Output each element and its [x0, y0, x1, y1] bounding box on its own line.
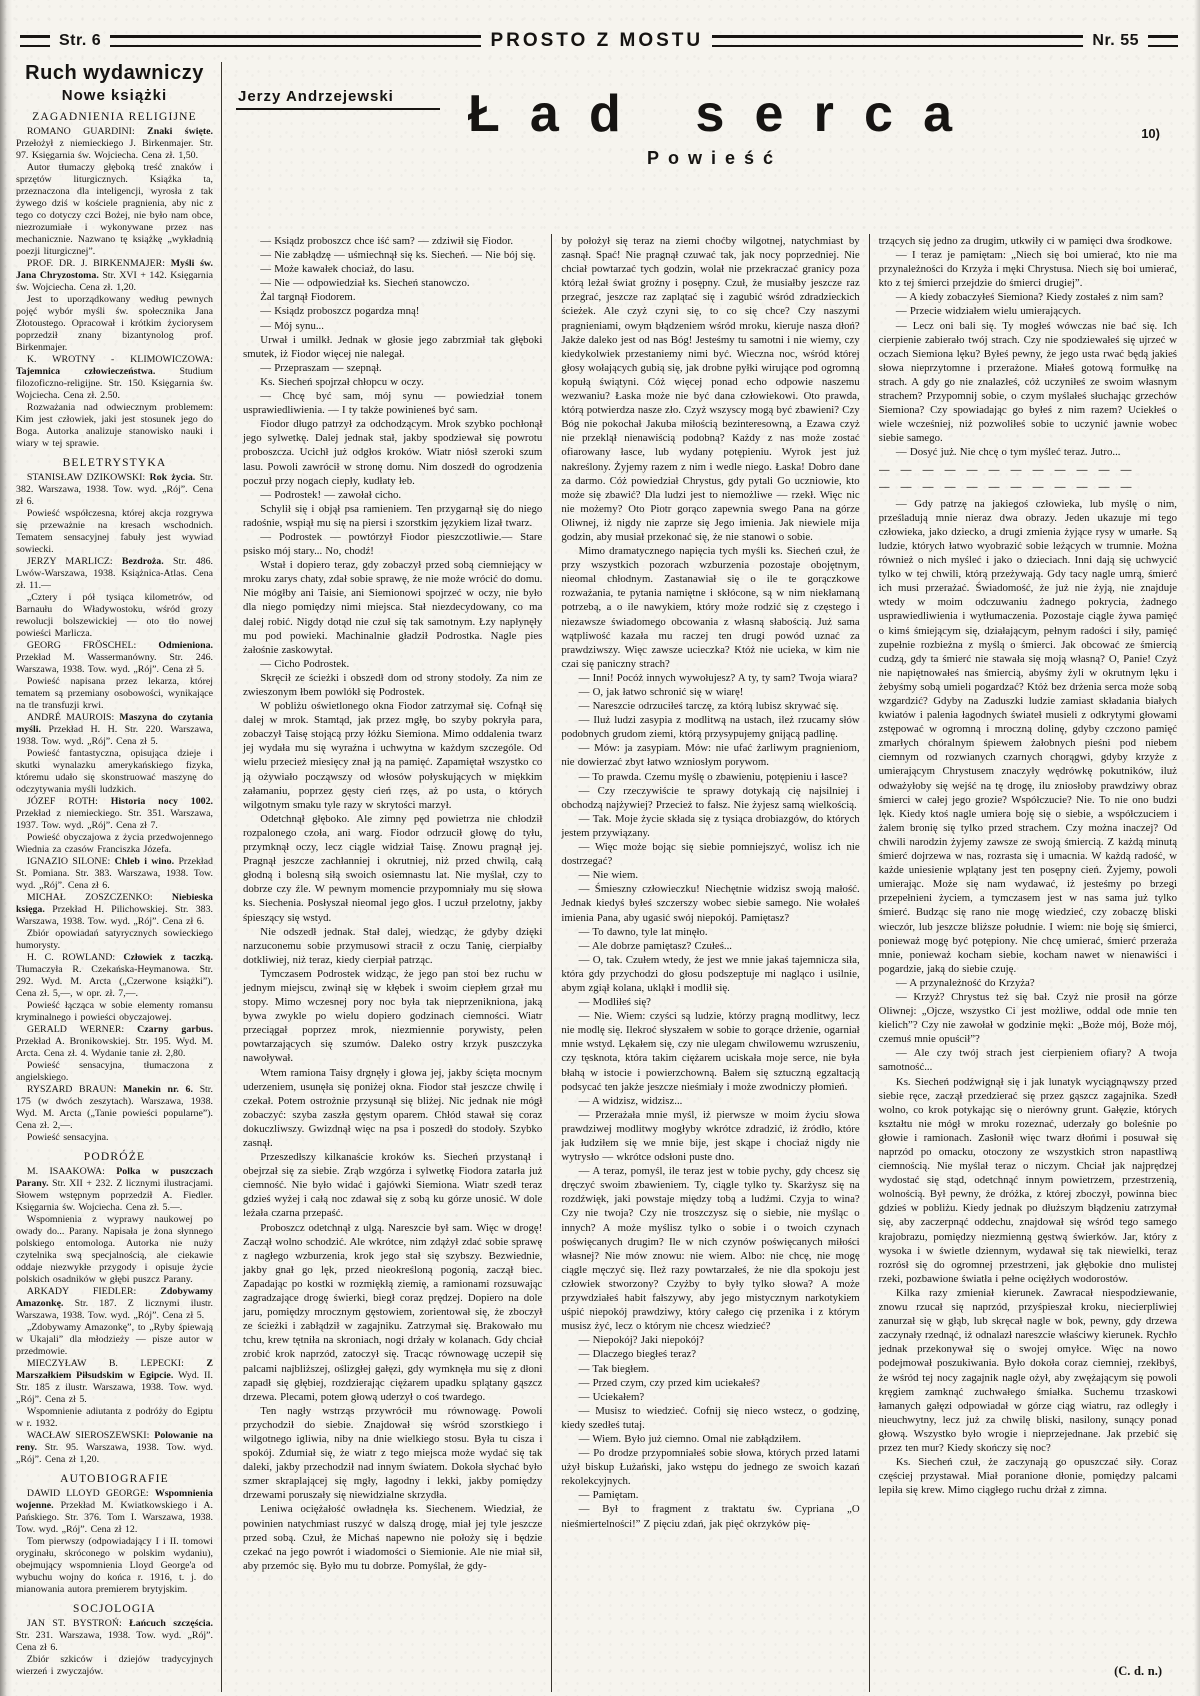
novel-paragraph: — Po drodze przypomniałeś sobie słowa, k… — [561, 1446, 859, 1488]
novel-column-3: trzących się jedno za drugim, utkwiły ci… — [869, 234, 1186, 1692]
novel-paragraph: by położył się teraz na ziemi choćby wil… — [561, 234, 859, 544]
novel-header: Jerzy Andrzejewski 10) Ład serca Powieść — [234, 88, 1186, 234]
page-number: Str. 6 — [59, 32, 101, 50]
novel-paragraph: Nie odszedł jednak. Stał dalej, wiedząc,… — [243, 925, 542, 967]
novel-paragraph: Ten nagły wstrząs przywrócił mu równowag… — [243, 1404, 542, 1503]
novel-paragraph: Fiodor długo patrzył za odchodzącym. Mro… — [243, 417, 542, 487]
novel-paragraph: — Dosyć już. Nie chcę o tym myśleć teraz… — [879, 445, 1177, 459]
book-entry: IGNAZIO SILONE: Chleb i wino. Przekład S… — [16, 856, 213, 892]
book-entry: DAWID LLOYD GEORGE: Wspomnienia wojenne.… — [16, 1488, 213, 1536]
book-section-heading: AUTOBIOGRAFIE — [16, 1473, 213, 1485]
novel-paragraph: Przeszedłszy kilkanaście kroków ks. Siec… — [243, 1150, 542, 1220]
novel-section: Jerzy Andrzejewski 10) Ład serca Powieść… — [234, 62, 1186, 1692]
novel-paragraph: — Ale dobrze pamiętasz? Czułeś... — [561, 939, 859, 953]
novel-paragraph: — Tak biegłem. — [561, 1362, 859, 1376]
novel-paragraph: — Śmieszny człowieczku! Niechętnie widzi… — [561, 882, 859, 924]
page-content: Ruch wydawniczy Nowe książki ZAGADNIENIA… — [16, 62, 1186, 1692]
novel-paragraph: trzących się jedno za drugim, utkwiły ci… — [879, 234, 1177, 248]
book-entry-note: Rozważania nad odwiecznym problemem: Kim… — [16, 402, 213, 450]
book-entry: ARKADY FIEDLER: Zdobywamy Amazonkę. Str.… — [16, 1286, 213, 1322]
novel-paragraph: — A teraz, pomyśl, ile teraz jest w tobi… — [561, 1164, 859, 1333]
novel-paragraph: — O, jak łatwo schronić się w wiarę! — [561, 685, 859, 699]
issue-number: Nr. 55 — [1092, 32, 1139, 50]
book-entry-note: Autor tłumaczy głęboką treść znaków i sp… — [16, 162, 213, 258]
novel-column-1: — Ksiądz proboszcz chce iść sam? — zdziw… — [234, 234, 551, 1692]
novel-paragraph: — Nie wiem. — [561, 868, 859, 882]
novel-paragraph: — Cicho Podrostek. — [243, 657, 542, 671]
novel-paragraph: — Wiem. Było już ciemno. Omal nie zabłąd… — [561, 1432, 859, 1446]
masthead-rule — [712, 35, 1083, 47]
novel-paragraph: — Więc może bojąc się siebie pomniejszyć… — [561, 840, 859, 868]
book-entry: ANDRÉ MAUROIS: Maszyna do czytania myśli… — [16, 712, 213, 748]
book-entry-note: Powieść łącząca w sobie elementy romansu… — [16, 1000, 213, 1024]
novel-paragraph: Ks. Siecheń spojrzał chłopcu w oczy. — [243, 375, 542, 389]
masthead: Str. 6 PROSTO Z MOSTU Nr. 55 — [0, 0, 1200, 56]
book-entry-note: Wspomnienie adiutanta z podróży do Egipt… — [16, 1406, 213, 1430]
novel-column-2: by położył się teraz na ziemi choćby wil… — [551, 234, 868, 1692]
book-entry-note: Wspomnienia z wyprawy naukowej po owady … — [16, 1214, 213, 1286]
novel-columns: — Ksiądz proboszcz chce iść sam? — zdziw… — [234, 234, 1186, 1692]
novel-subtitle: Powieść — [234, 148, 1186, 169]
novel-paragraph: — Niepokój? Jaki niepokój? — [561, 1333, 859, 1347]
novel-paragraph: — O, tak. Czułem wtedy, że jest we mnie … — [561, 953, 859, 995]
book-entry-note: „Cztery i pół tysiąca kilometrów, od Bar… — [16, 592, 213, 640]
book-entry: RYSZARD BRAUN: Manekin nr. 6. Str. 175 (… — [16, 1084, 213, 1132]
novel-paragraph: — Dlaczego biegłeś teraz? — [561, 1347, 859, 1361]
novel-paragraph: — Przepraszam — szepnął. — [243, 361, 542, 375]
novel-paragraph: — Mów: ja zasypiam. Mów: nie ufać żarliw… — [561, 741, 859, 769]
book-entry-note: Zbiór opowiadań satyrycznych sowieckiego… — [16, 928, 213, 952]
book-section-heading: SOCJOLOGIA — [16, 1603, 213, 1615]
novel-paragraph: — Inni! Pocóż innych wywołujesz? A ty, t… — [561, 671, 859, 685]
book-entry-note: Powieść sensacyjna, tłumaczona z angiels… — [16, 1060, 213, 1084]
novel-paragraph: — Tak. Moje życie składa się z tysiąca d… — [561, 812, 859, 840]
novel-paragraph: — Czy rzeczywiście te sprawy dotykają ci… — [561, 784, 859, 812]
dash-separator: — — — — — — — — — — — — — [879, 480, 1177, 494]
book-entry: JÓZEF ROTH: Historia nocy 1002. Przekład… — [16, 796, 213, 832]
novel-paragraph: — Nie — odpowiedział ks. Siecheń stanowc… — [243, 276, 542, 290]
book-entry: ROMANO GUARDINI: Znaki święte. Przełożył… — [16, 126, 213, 162]
novel-paragraph: Urwał i umilkł. Jednak w głosie jego zab… — [243, 333, 542, 361]
novel-paragraph: — Był to fragment z traktatu św. Cyprian… — [561, 1502, 859, 1530]
book-section-heading: PODRÓŻE — [16, 1151, 213, 1163]
novel-paragraph: Ks. Siecheń podźwignął się i jak lunatyk… — [879, 1075, 1177, 1286]
novel-paragraph: Kilka razy zmieniał kierunek. Zawracał n… — [879, 1286, 1177, 1455]
dash-separator: — — — — — — — — — — — — — [879, 463, 1177, 477]
book-entry-note: Powieść współczesna, której akcja rozgry… — [16, 508, 213, 556]
novel-paragraph: — Musisz to wiedzieć. Cofnij się nieco w… — [561, 1404, 859, 1432]
book-entry-note: Powieść fantastyczna, opisująca dzieje i… — [16, 748, 213, 796]
novel-paragraph: — Podrostek! — zawołał cicho. — [243, 488, 542, 502]
novel-paragraph: — Mój synu... — [243, 319, 542, 333]
novel-paragraph: Wtem ramiona Taisy drgnęły i głowa jej, … — [243, 1066, 542, 1151]
book-entry: MICHAŁ ZOSZCZENKO: Niebieska księga. Prz… — [16, 892, 213, 928]
novel-paragraph: — Ale czy twój strach jest cierpieniem o… — [879, 1046, 1177, 1074]
novel-paragraph: — Może kawałek chociaż, do lasu. — [243, 262, 542, 276]
novel-paragraph: Schylił się i objął psa ramieniem. Ten p… — [243, 502, 542, 530]
book-entry-note: Jest to uporządkowany według pewnych poj… — [16, 294, 213, 354]
newspaper-title: PROSTO Z MOSTU — [490, 30, 703, 52]
masthead-rule-right — [1148, 35, 1178, 47]
book-entry-note: Zbiór szkiców i dziejów tradycyjnych wie… — [16, 1654, 213, 1678]
book-entry: PROF. DR. J. BIRKENMAJER: Myśli św. Jana… — [16, 258, 213, 294]
novel-paragraph: Ks. Siecheń czuł, że zaczynają go opuszc… — [879, 1455, 1177, 1497]
novel-paragraph: Mimo dramatycznego napięcia tych myśli k… — [561, 544, 859, 671]
book-entry: STANISŁAW DZIKOWSKI: Rok życia. Str. 382… — [16, 472, 213, 508]
novel-paragraph: — Nie. Wiem: czyści są ludzie, którzy pr… — [561, 1009, 859, 1094]
novel-paragraph: — Przed czym, czy przed kim uciekałeś? — [561, 1376, 859, 1390]
novel-paragraph: — Pamiętam. — [561, 1488, 859, 1502]
newspaper-page: Str. 6 PROSTO Z MOSTU Nr. 55 Ruch wydawn… — [0, 0, 1200, 1696]
novel-paragraph: — Lecz oni bali się. Ty mogłeś wówczas n… — [879, 319, 1177, 446]
continuation-marker: (C. d. n.) — [1114, 1664, 1162, 1678]
books-sections: ZAGADNIENIA RELIGIJNEROMANO GUARDINI: Zn… — [16, 111, 213, 1678]
books-subheading: Nowe książki — [16, 87, 213, 104]
novel-paragraph: Żal targnął Fiodorem. — [243, 290, 542, 304]
novel-paragraph: — To dawno, tyle lat minęło. — [561, 925, 859, 939]
masthead-rule — [110, 35, 481, 47]
book-entry: GERALD WERNER: Czarny garbus. Przekład A… — [16, 1024, 213, 1060]
book-entry-note: Powieść sensacyjna. — [16, 1132, 213, 1144]
novel-paragraph: — Przerażała mnie myśl, iż pierwsze w mo… — [561, 1108, 859, 1164]
novel-paragraph: — Przecie widziałem wielu umierających. — [879, 304, 1177, 318]
novel-paragraph: — Ksiądz proboszcz pogardza mną! — [243, 304, 542, 318]
novel-paragraph: Wstał i dopiero teraz, gdy zobaczył prze… — [243, 558, 542, 657]
novel-paragraph: — Chcę być sam, mój synu — powiedział to… — [243, 389, 542, 417]
novel-paragraph: Leniwa ociężałość owładnęła ks. Siechene… — [243, 1502, 542, 1572]
book-entry: WACŁAW SIEROSZEWSKI: Polowanie na reny. … — [16, 1430, 213, 1466]
book-entry: M. ISAAKOWA: Polka w puszczach Parany. S… — [16, 1166, 213, 1214]
books-heading: Ruch wydawniczy — [16, 62, 213, 85]
book-entry-note: Tom pierwszy (odpowiadający I i II. tomo… — [16, 1536, 213, 1596]
book-entry: JAN ST. BYSTROŃ: Łańcuch szczęścia. Str.… — [16, 1618, 213, 1654]
book-entry: H. C. ROWLAND: Człowiek z taczką. Tłumac… — [16, 952, 213, 1000]
book-entry: JERZY MARLICZ: Bezdroża. Str. 486. Lwów-… — [16, 556, 213, 592]
book-entry-note: Powieść obyczajowa z życia przedwojenneg… — [16, 832, 213, 856]
novel-paragraph: — Krzyż? Chrystus też się bał. Czyż nie … — [879, 990, 1177, 1046]
book-entry: MIECZYŁAW B. LEPECKI: Z Marszałkiem Piłs… — [16, 1358, 213, 1406]
book-entry: K. WROTNY - KLIMOWICZOWA: Tajemnica czło… — [16, 354, 213, 402]
author-byline: Jerzy Andrzejewski — [236, 88, 440, 110]
book-section-heading: BELETRYSTYKA — [16, 457, 213, 469]
novel-paragraph: — A widzisz, widzisz... — [561, 1094, 859, 1108]
novel-paragraph: — I teraz je pamiętam: „Niech się boi um… — [879, 248, 1177, 290]
novel-paragraph: Proboszcz odetchnął z ulgą. Nareszcie by… — [243, 1221, 542, 1404]
novel-paragraph: — Nie zabłądzę — uśmiechnął się ks. Siec… — [243, 248, 542, 262]
novel-paragraph: Skręcił ze ścieżki i obszedł dom od stro… — [243, 671, 542, 699]
novel-paragraph: — A kiedy zobaczyłeś Siemiona? Kiedy zos… — [879, 290, 1177, 304]
books-column: Ruch wydawniczy Nowe książki ZAGADNIENIA… — [16, 62, 222, 1692]
book-entry-note: Powieść napisana przez lekarza, której t… — [16, 676, 213, 712]
novel-paragraph: — Gdy patrzę na jakiegoś człowieka, lub … — [879, 497, 1177, 976]
novel-paragraph: W pobliżu oświetlonego okna Fiodor zatrz… — [243, 699, 542, 812]
book-entry-note: „Zdobywamy Amazonkę”, to „Ryby śpiewają … — [16, 1322, 213, 1358]
novel-paragraph: — A przynależność do Krzyża? — [879, 976, 1177, 990]
novel-paragraph: — Nareszcie odrzuciłeś tarczę, za którą … — [561, 699, 859, 713]
book-section-heading: ZAGADNIENIA RELIGIJNE — [16, 111, 213, 123]
novel-paragraph: — Iluż ludzi zasypia z modlitwą na ustac… — [561, 713, 859, 741]
novel-paragraph: — Modliłeś się? — [561, 995, 859, 1009]
novel-paragraph: — To prawda. Czemu myślę o zbawieniu, po… — [561, 770, 859, 784]
book-entry: GEORG FRÖSCHEL: Odmieniona. Przekład M. … — [16, 640, 213, 676]
novel-paragraph: — Ksiądz proboszcz chce iść sam? — zdziw… — [243, 234, 542, 248]
novel-paragraph: — Uciekałem? — [561, 1390, 859, 1404]
novel-paragraph: Tymczasem Podrostek widząc, że jego pan … — [243, 967, 542, 1066]
novel-paragraph: Odetchnął głęboko. Ale zimny pęd powietr… — [243, 812, 542, 925]
installment-number: 10) — [1141, 126, 1160, 141]
novel-paragraph: — Podrostek — powtórzył Fiodor pieszczot… — [243, 530, 542, 558]
masthead-rule-left — [20, 35, 50, 47]
